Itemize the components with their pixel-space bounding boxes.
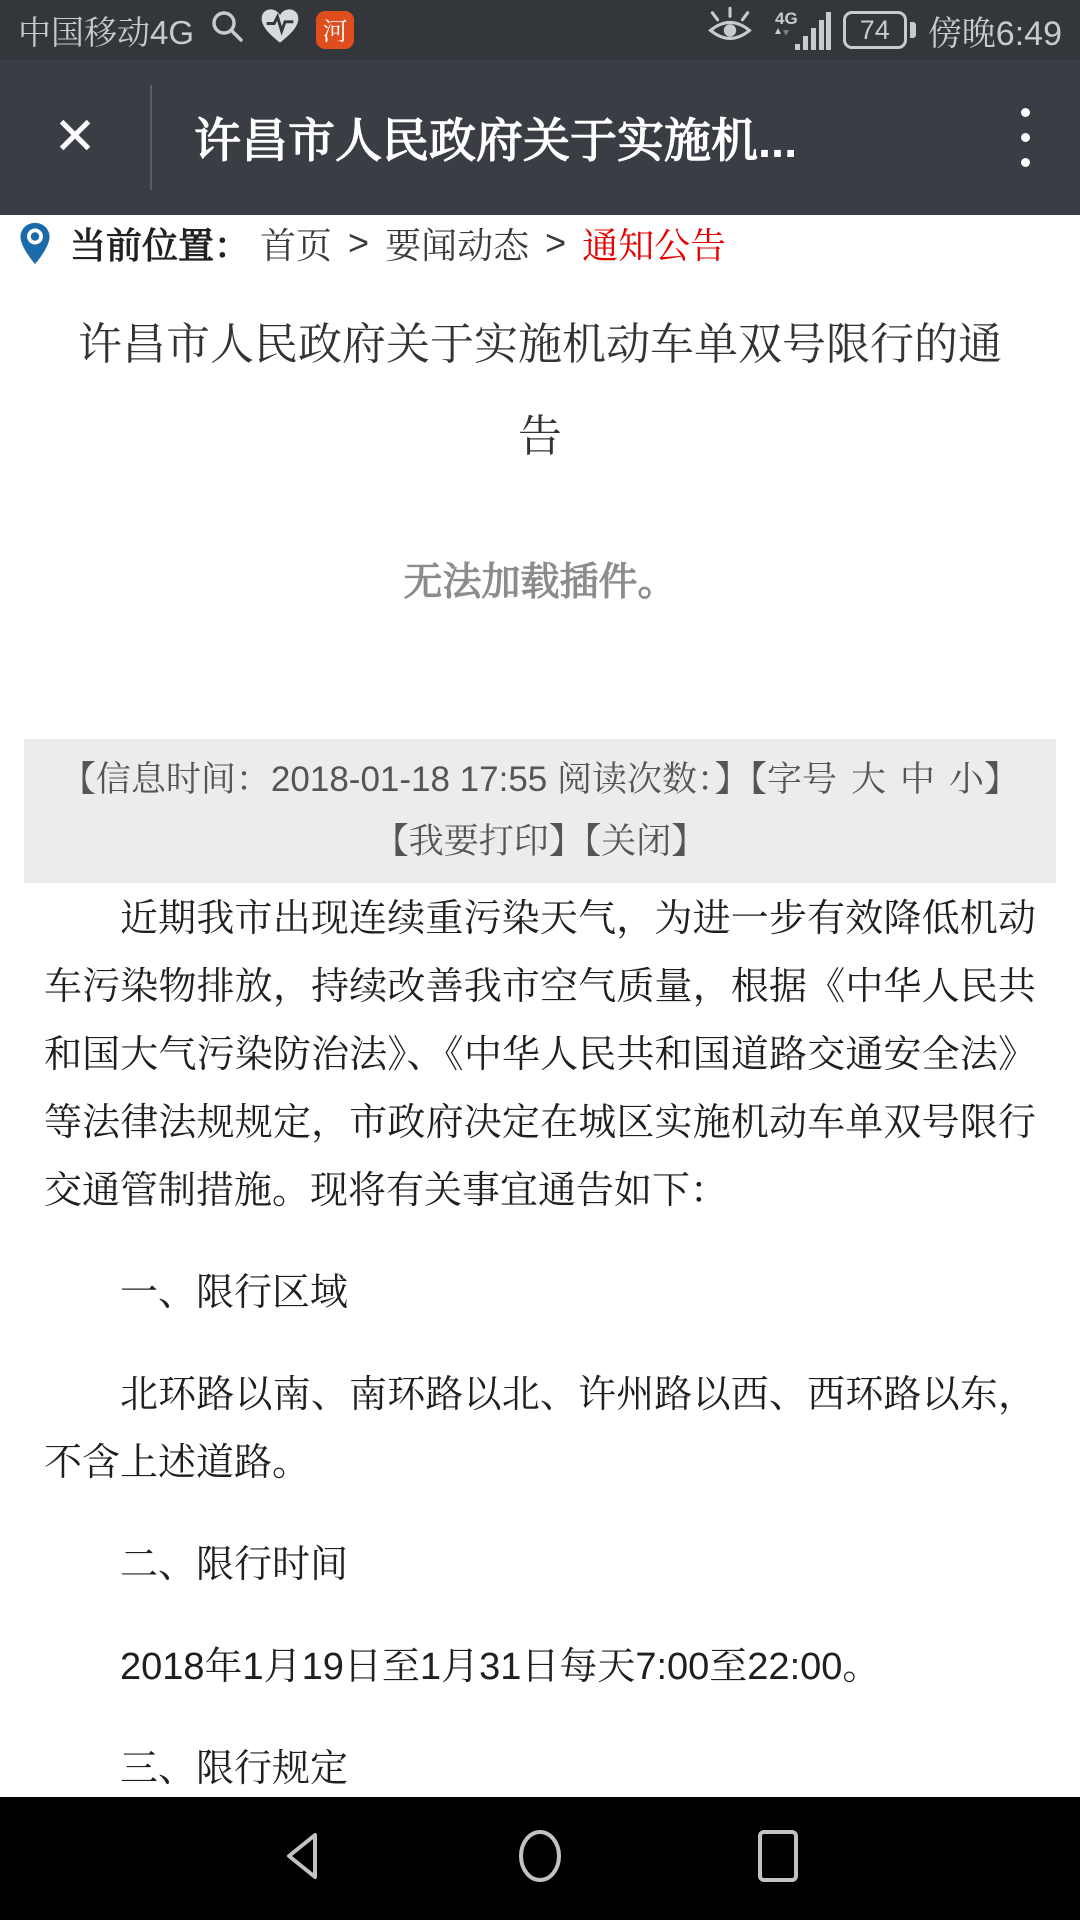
breadcrumb: 当前位置： 首页 > 要闻动态 > 通知公告: [0, 215, 1080, 271]
eye-protection-icon: [707, 5, 753, 55]
battery-nub: [910, 22, 916, 38]
breadcrumb-section-link[interactable]: 要闻动态: [385, 218, 529, 269]
battery-indicator: 74: [843, 11, 916, 49]
close-button[interactable]: ✕: [0, 60, 150, 215]
network-type-label: 4G: [775, 9, 798, 28]
app-bar-divider: [150, 85, 152, 190]
info-bracket: 】【: [549, 822, 602, 861]
close-article-button[interactable]: 关闭: [601, 822, 671, 861]
location-pin-icon: [18, 221, 52, 266]
status-bar: 中国移动4G 河 4G 74 傍晚: [0, 0, 1080, 60]
app-bar: ✕ 许昌市人民政府关于实施机...: [0, 60, 1080, 215]
info-time-segment: 【信息时间：2018-01-18 17:55 阅读次数：】【字号: [61, 760, 837, 799]
back-icon: [279, 1830, 325, 1887]
home-icon: [516, 1828, 564, 1889]
kebab-dot: [1021, 108, 1030, 117]
clock-label: 傍晚6:49: [928, 6, 1062, 55]
font-size-medium-button[interactable]: 中: [900, 760, 935, 799]
section-heading: 二、限行时间: [44, 1531, 1036, 1599]
status-bar-left: 中国移动4G 河: [18, 7, 354, 54]
font-size-large-button[interactable]: 大: [851, 760, 886, 799]
paragraph: 2018年1月19日至1月31日每天7:00至22:00。: [44, 1633, 1036, 1701]
info-bracket: 】: [671, 822, 706, 861]
article-info-bar: 【信息时间：2018-01-18 17:55 阅读次数：】【字号大中小】【我要打…: [24, 739, 1056, 883]
breadcrumb-label: 当前位置：: [70, 218, 250, 269]
app-notification-icon: 河: [316, 11, 354, 49]
paragraph: 近期我市出现连续重污染天气，为进一步有效降低机动车污染物排放，持续改善我市空气质…: [44, 885, 1036, 1225]
article-title: 许昌市人民政府关于实施机动车单双号限行的通告: [65, 299, 1015, 483]
overflow-menu-button[interactable]: [970, 108, 1080, 167]
status-bar-right: 4G 74 傍晚6:49: [707, 5, 1062, 55]
section-heading: 三、限行规定: [44, 1735, 1036, 1803]
android-nav-bar: [0, 1797, 1080, 1920]
paragraph: 北环路以南、南环路以北、许州路以西、西环路以东，不含上述道路。: [44, 1361, 1036, 1497]
breadcrumb-separator: >: [342, 222, 375, 264]
battery-level: 74: [860, 15, 890, 46]
section-heading: 一、限行区域: [44, 1259, 1036, 1327]
font-size-small-button[interactable]: 小: [949, 760, 984, 799]
search-icon: [210, 9, 244, 51]
breadcrumb-current-link[interactable]: 通知公告: [582, 218, 726, 269]
heart-pulse-icon: [260, 7, 300, 53]
breadcrumb-separator: >: [539, 222, 572, 264]
breadcrumb-home-link[interactable]: 首页: [260, 218, 332, 269]
recents-icon: [756, 1828, 800, 1889]
kebab-dot: [1021, 158, 1030, 167]
back-button[interactable]: [274, 1831, 330, 1887]
app-bar-title: 许昌市人民政府关于实施机...: [194, 104, 970, 171]
signal-strength-icon: 4G: [765, 8, 831, 52]
print-button[interactable]: 我要打印: [409, 822, 549, 861]
home-button[interactable]: [512, 1831, 568, 1887]
article-body: 近期我市出现连续重污染天气，为进一步有效降低机动车污染物排放，持续改善我市空气质…: [44, 885, 1036, 1803]
recents-button[interactable]: [750, 1831, 806, 1887]
close-icon: ✕: [53, 108, 97, 166]
kebab-dot: [1021, 133, 1030, 142]
carrier-label: 中国移动4G: [18, 7, 194, 54]
plugin-error-text: 无法加载插件。: [0, 555, 1080, 611]
